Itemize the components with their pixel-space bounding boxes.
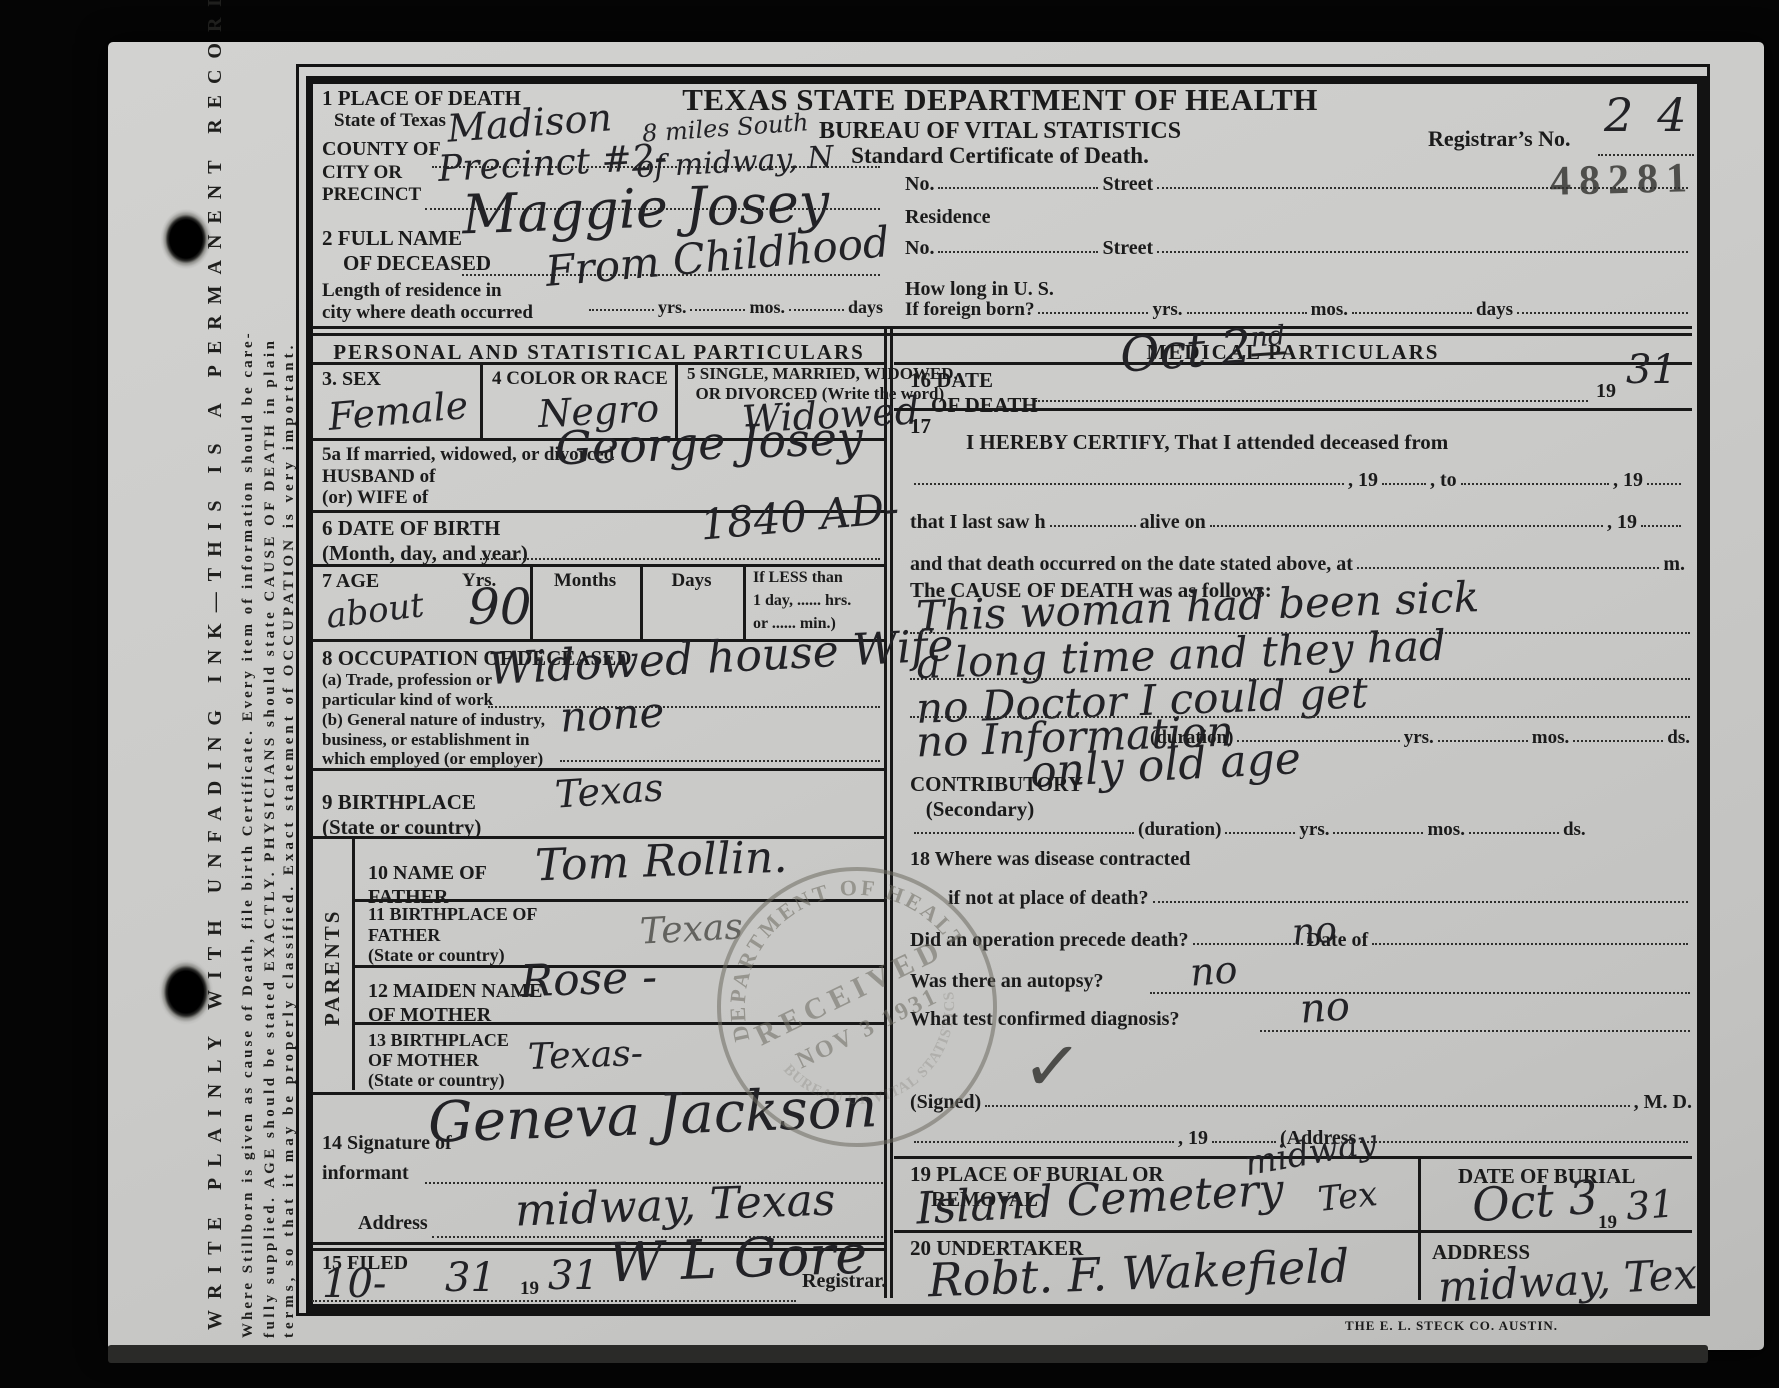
residence-label: Residence	[905, 206, 991, 230]
days-label: days	[1476, 300, 1513, 319]
mos-label: mos.	[1311, 300, 1348, 319]
length-of-residence-label: Length of residence in city where death …	[322, 280, 533, 325]
rule	[894, 362, 1692, 365]
rule	[894, 1230, 1692, 1233]
registrar-no-value: 24	[1604, 92, 1711, 138]
dotted-leader	[1050, 523, 1136, 527]
dotted-leader	[1157, 185, 1688, 189]
dotted-leader	[589, 307, 654, 311]
rule	[312, 333, 1692, 336]
dotted-leader	[480, 558, 880, 560]
birthplace-value: Texas	[554, 768, 665, 813]
contributory-label: CONTRIBUTORY (Secondary)	[910, 772, 1083, 822]
yrs-label: yrs.	[1152, 300, 1182, 319]
informant-label-2: informant	[322, 1162, 409, 1186]
mos-label: mos.	[749, 298, 785, 316]
mother-maiden-name-label: 12 MAIDEN NAME OF MOTHER	[368, 980, 542, 1027]
father-birthplace-label: 11 BIRTHPLACE OF FATHER (State or countr…	[368, 904, 537, 966]
dotted-leader	[1641, 523, 1681, 527]
dotted-leader	[1372, 941, 1688, 945]
filed-19-label: 19	[520, 1278, 539, 1300]
mother-maiden-name-value: Rose -	[519, 956, 658, 1005]
dotted-leader	[690, 307, 745, 311]
registrar-no-label: Registrar’s No.	[1428, 126, 1571, 152]
sex-value: Female	[327, 386, 470, 436]
dotted-leader	[1225, 830, 1295, 834]
comma-19-label: , 19	[1348, 470, 1378, 490]
m-label: m.	[1663, 554, 1685, 574]
no-label: No.	[905, 238, 934, 258]
dotted-leader	[914, 481, 1344, 485]
dotted-leader	[1352, 310, 1472, 314]
autopsy-answer: no	[1189, 950, 1239, 991]
printer-credit: THE E. L. STECK CO. AUSTIN.	[1345, 1318, 1558, 1333]
dotted-leader	[1187, 310, 1307, 314]
burial-note-2: Tex	[1316, 1177, 1379, 1217]
comma-19-label: , 19	[1613, 470, 1643, 490]
no-label: No.	[905, 174, 934, 194]
dotted-leader	[1193, 941, 1303, 945]
dotted-leader	[1360, 1139, 1688, 1143]
sex-label: 3. SEX	[322, 368, 381, 392]
comma-19-label: , 19	[1178, 1128, 1208, 1148]
burial-year-value: 31	[1625, 1184, 1676, 1225]
foreign-born-label: If foreign born?	[905, 300, 1034, 319]
mother-birthplace-label: 13 BIRTHPLACE OF MOTHER (State or countr…	[368, 1030, 509, 1090]
parents-bracket	[352, 836, 355, 1090]
margin-instruction-1: WRITE PLAINLY WITH UNFADING INK—THIS IS …	[204, 0, 227, 1330]
scanned-death-certificate: WRITE PLAINLY WITH UNFADING INK—THIS IS …	[0, 0, 1779, 1388]
birthplace-label: 9 BIRTHPLACE (State or country)	[322, 790, 481, 840]
age-label: 7 AGE	[322, 570, 379, 594]
dotted-leader	[1469, 830, 1559, 834]
mos-label: mos.	[1427, 820, 1464, 839]
dotted-leader	[1333, 830, 1423, 834]
dotted-leader	[938, 249, 1098, 253]
age-months-label: Months	[530, 570, 640, 592]
city-precinct-label: CITY OR PRECINCT	[322, 162, 421, 207]
date-of-death-main: Oct 2	[1118, 319, 1253, 384]
paper-bottom-edge	[108, 1345, 1708, 1363]
occupation-a-label: (a) Trade, profession or particular kind…	[322, 670, 493, 710]
parents-side-label: PARENTS	[320, 909, 345, 1026]
test-answer: no	[1299, 986, 1352, 1029]
dotted-leader	[1382, 481, 1426, 485]
dotted-leader	[938, 185, 1098, 189]
dotted-leader	[1153, 899, 1688, 903]
comma-to-label: , to	[1430, 470, 1457, 490]
age-days-label: Days	[640, 570, 743, 592]
cell-divider	[1418, 1156, 1421, 1300]
md-label: , M. D.	[1634, 1092, 1692, 1112]
dotted-leader	[1157, 249, 1688, 253]
dotted-leader	[1210, 523, 1603, 527]
margin-instruction-2: Where Stillborn is given as cause of Dea…	[240, 330, 257, 1338]
ds-label: ds.	[1563, 820, 1586, 839]
dotted-leader	[1035, 400, 1588, 402]
certificate-subtitle: Standard Certificate of Death.	[600, 142, 1400, 169]
dotted-leader	[1357, 565, 1659, 569]
dod-year-value: 31	[1626, 350, 1677, 390]
dotted-leader	[1038, 310, 1148, 314]
comma-19-label: , 19	[1607, 512, 1637, 532]
yrs-label: yrs.	[658, 298, 687, 316]
duration-label: (duration)	[1138, 820, 1221, 839]
days-label: days	[848, 298, 883, 316]
address-label: Address	[358, 1212, 428, 1236]
certify-text: I HEREBY CERTIFY, That I attended deceas…	[966, 430, 1448, 455]
occupation-b-value: none	[559, 691, 665, 738]
dotted-leader	[560, 760, 880, 762]
mother-birthplace-value: Texas-	[527, 1036, 643, 1076]
occupation-b-label: (b) General nature of industry, business…	[322, 710, 545, 769]
registrar-title-label: Registrar.	[802, 1270, 886, 1294]
father-name-label: 10 NAME OF FATHER	[368, 862, 487, 909]
yrs-label: yrs.	[1404, 728, 1434, 747]
dotted-leader	[1647, 481, 1681, 485]
dotted-leader	[1517, 310, 1688, 314]
date-of-burial-value: Oct 3	[1471, 1174, 1600, 1229]
date-of-death-ordinal: nd	[1250, 320, 1287, 356]
filed-month-value: 10-	[322, 1264, 386, 1304]
county-label: COUNTY OF	[322, 138, 441, 162]
mos-label: mos.	[1532, 728, 1569, 747]
dotted-leader	[1150, 992, 1690, 994]
dotted-leader	[312, 1300, 796, 1302]
dotted-leader	[1461, 481, 1609, 485]
cell-divider	[743, 564, 746, 639]
alive-on-label: alive on	[1140, 512, 1206, 532]
dotted-leader	[789, 307, 844, 311]
received-stamp: DEPARTMENT OF HEALTH BUREAU OF VITAL STA…	[700, 850, 1015, 1165]
dotted-leader	[1573, 738, 1663, 742]
rule	[894, 408, 1692, 411]
state-label: State of Texas	[334, 110, 446, 132]
rule	[312, 326, 1692, 329]
margin-instruction-3: fully supplied. AGE should be stated EXA…	[262, 338, 279, 1338]
spouse-value: George Josey	[554, 415, 863, 472]
death-occurred-label: and that death occurred on the date stat…	[910, 554, 1353, 574]
operation-answer: no	[1291, 912, 1338, 951]
last-saw-label: that I last saw h	[910, 512, 1046, 532]
page-title: TEXAS STATE DEPARTMENT OF HEALTH	[600, 82, 1400, 119]
item-17-label: 17	[910, 414, 931, 439]
dotted-leader	[914, 830, 1134, 834]
dod-19-label: 19	[1596, 380, 1616, 404]
dotted-leader	[985, 1103, 1630, 1107]
yrs-label: yrs.	[1299, 820, 1329, 839]
street-label: Street	[1102, 238, 1153, 258]
dotted-leader	[488, 706, 880, 708]
dotted-leader	[1438, 738, 1528, 742]
filed-day-value: 31	[445, 1258, 496, 1298]
street-label: Street	[1102, 174, 1153, 194]
cell-divider	[480, 362, 483, 438]
undertaker-value: Robt. F. Wakefield	[927, 1243, 1350, 1304]
age-yrs-value: 90	[468, 582, 532, 632]
ds-label: ds.	[1667, 728, 1690, 747]
filed-year-value: 31	[548, 1256, 599, 1296]
